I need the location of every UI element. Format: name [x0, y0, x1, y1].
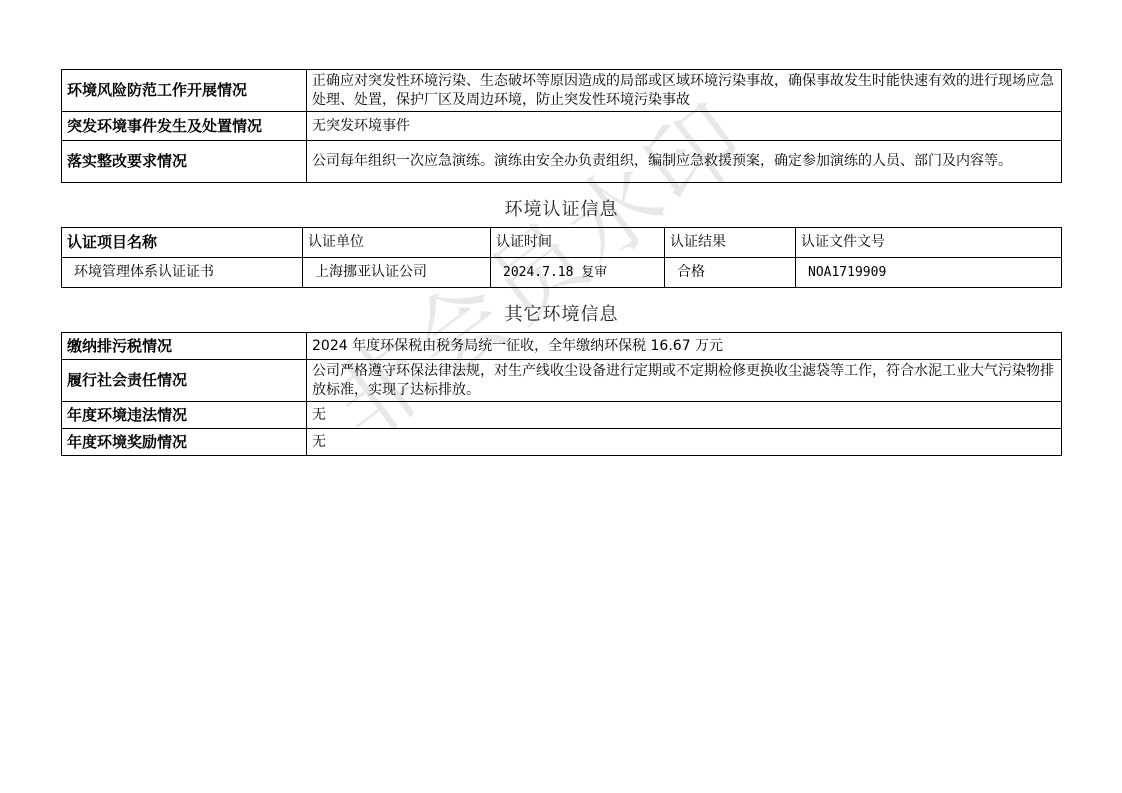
cell-cert-body: 上海挪亚认证公司 [303, 258, 491, 288]
cell-cert-result: 合格 [665, 258, 796, 288]
table-row: 环境管理体系认证证书 上海挪亚认证公司 2024.7.18 复审 合格 NOA1… [62, 258, 1062, 288]
row-value: 无突发环境事件 [307, 112, 1062, 141]
row-value: 公司每年组织一次应急演练。演练由安全办负责组织，编制应急救援预案，确定参加演练的… [307, 141, 1062, 183]
table-header-row: 认证项目名称 认证单位 认证时间 认证结果 认证文件文号 [62, 228, 1062, 258]
header-cell: 认证单位 [303, 228, 491, 258]
table-row: 年度环境奖励情况 无 [62, 429, 1062, 456]
row-label: 缴纳排污税情况 [62, 333, 307, 360]
row-value: 无 [307, 429, 1062, 456]
cell-cert-doc-no: NOA1719909 [796, 258, 1062, 288]
table-row: 缴纳排污税情况 2024 年度环保税由税务局统一征收，全年缴纳环保税 16.67… [62, 333, 1062, 360]
row-label: 环境风险防范工作开展情况 [62, 70, 307, 112]
table-row: 年度环境违法情况 无 [62, 402, 1062, 429]
other-env-info-table: 缴纳排污税情况 2024 年度环保税由税务局统一征收，全年缴纳环保税 16.67… [61, 332, 1062, 456]
row-value: 无 [307, 402, 1062, 429]
row-value: 公司严格遵守环保法律法规，对生产线收尘设备进行定期或不定期检修更换收尘滤袋等工作… [307, 360, 1062, 402]
row-label: 突发环境事件发生及处置情况 [62, 112, 307, 141]
row-label: 履行社会责任情况 [62, 360, 307, 402]
cell-cert-date: 2024.7.18 复审 [491, 258, 665, 288]
table-row: 履行社会责任情况 公司严格遵守环保法律法规，对生产线收尘设备进行定期或不定期检修… [62, 360, 1062, 402]
header-cell: 认证项目名称 [62, 228, 303, 258]
section-title-cert: 环境认证信息 [61, 195, 1062, 221]
section-title-other: 其它环境信息 [61, 300, 1062, 326]
certification-table: 认证项目名称 认证单位 认证时间 认证结果 认证文件文号 环境管理体系认证证书 … [61, 227, 1062, 288]
header-cell: 认证结果 [665, 228, 796, 258]
table-row: 落实整改要求情况 公司每年组织一次应急演练。演练由安全办负责组织，编制应急救援预… [62, 141, 1062, 183]
row-label: 落实整改要求情况 [62, 141, 307, 183]
row-label: 年度环境奖励情况 [62, 429, 307, 456]
cell-cert-name: 环境管理体系认证证书 [62, 258, 303, 288]
table-row: 突发环境事件发生及处置情况 无突发环境事件 [62, 112, 1062, 141]
table-row: 环境风险防范工作开展情况 正确应对突发性环境污染、生态破坏等原因造成的局部或区域… [62, 70, 1062, 112]
risk-prevention-table: 环境风险防范工作开展情况 正确应对突发性环境污染、生态破坏等原因造成的局部或区域… [61, 69, 1062, 183]
row-value: 2024 年度环保税由税务局统一征收，全年缴纳环保税 16.67 万元 [307, 333, 1062, 360]
header-cell: 认证时间 [491, 228, 665, 258]
header-cell: 认证文件文号 [796, 228, 1062, 258]
row-label: 年度环境违法情况 [62, 402, 307, 429]
row-value: 正确应对突发性环境污染、生态破坏等原因造成的局部或区域环境污染事故，确保事故发生… [307, 70, 1062, 112]
